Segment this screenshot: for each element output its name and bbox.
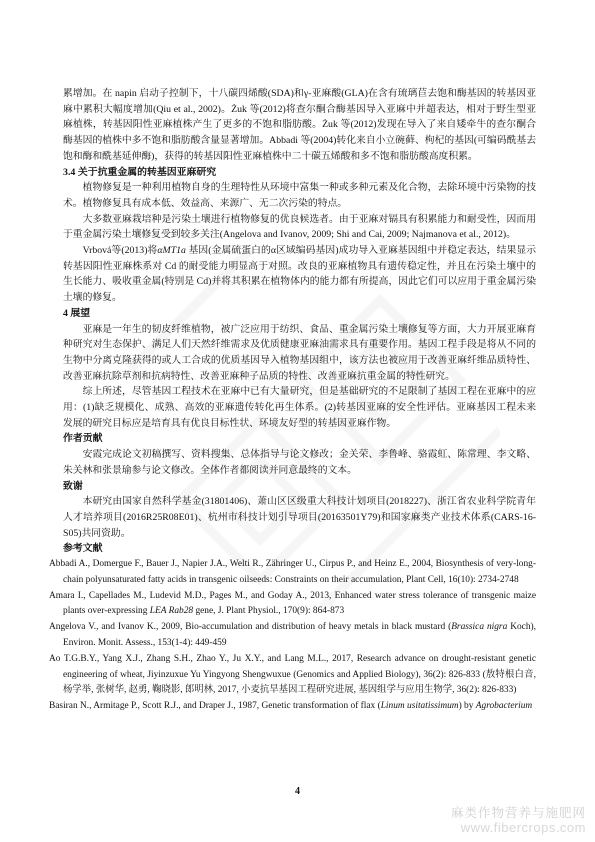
reference-entry: Amara I., Capellades M., Ludevid M.D., P… bbox=[63, 589, 536, 621]
watermark-site-name: 麻类作物营养与施肥网 bbox=[451, 806, 586, 820]
body-paragraph: 大多数亚麻栽培种是污染土壤进行植物修复的优良候选者。由于亚麻对镉具有积累能力和耐… bbox=[63, 212, 536, 243]
page-content: 累增加。在 napin 启动子控制下，十八碳四烯酸(SDA)和γ-亚麻酸(GLA… bbox=[63, 86, 536, 715]
body-paragraph: 安霞完成论文初稿撰写、资料搜集、总体指导与论文修改；金关荣、李鲁峰、骆霞虹、陈常… bbox=[63, 447, 536, 478]
body-paragraph: Vrbová等(2013)将αMT1a 基因(金属硫蛋白的α区域编码基因)成功导… bbox=[63, 243, 536, 306]
body-paragraph: 本研究由国家自然科学基金(31801406)、萧山区区级重大科技计划项目(201… bbox=[63, 494, 536, 541]
watermark-site-url: www.fibercrops.com bbox=[451, 820, 586, 835]
body-paragraph: 植物修复是一种利用植物自身的生理特性从环境中富集一种或多种元素及化合物，去除环境… bbox=[63, 180, 536, 211]
reference-entry: Angelova V., and Ivanov K., 2009, Bio-ac… bbox=[63, 620, 536, 652]
section-heading: 参考文献 bbox=[63, 541, 536, 557]
reference-entry: Basiran N., Armitage P., Scott R.J., and… bbox=[63, 699, 536, 715]
document-page: 累增加。在 napin 启动子控制下，十八碳四烯酸(SDA)和γ-亚麻酸(GLA… bbox=[0, 0, 595, 842]
site-watermark: 麻类作物营养与施肥网 www.fibercrops.com bbox=[451, 806, 586, 835]
page-number: 4 bbox=[0, 786, 595, 797]
section-heading: 作者贡献 bbox=[63, 431, 536, 447]
body-paragraph: 亚麻是一年生的韧皮纤维植物，被广泛应用于纺织、食品、重金属污染土壤修复等方面，大… bbox=[63, 322, 536, 385]
body-paragraph: 综上所述，尽管基因工程技术在亚麻中已有大量研究，但是基础研究的不足限制了基因工程… bbox=[63, 384, 536, 431]
body-paragraph: 累增加。在 napin 启动子控制下，十八碳四烯酸(SDA)和γ-亚麻酸(GLA… bbox=[63, 86, 536, 165]
section-heading: 3.4 关于抗重金属的转基因亚麻研究 bbox=[63, 165, 536, 181]
section-heading: 4 展望 bbox=[63, 306, 536, 322]
section-heading: 致谢 bbox=[63, 479, 536, 495]
reference-entry: Ao T.G.B.Y., Yang X.J., Zhang S.H., Zhao… bbox=[63, 652, 536, 699]
reference-entry: Abbadi A., Domergue F., Bauer J., Napier… bbox=[63, 557, 536, 589]
